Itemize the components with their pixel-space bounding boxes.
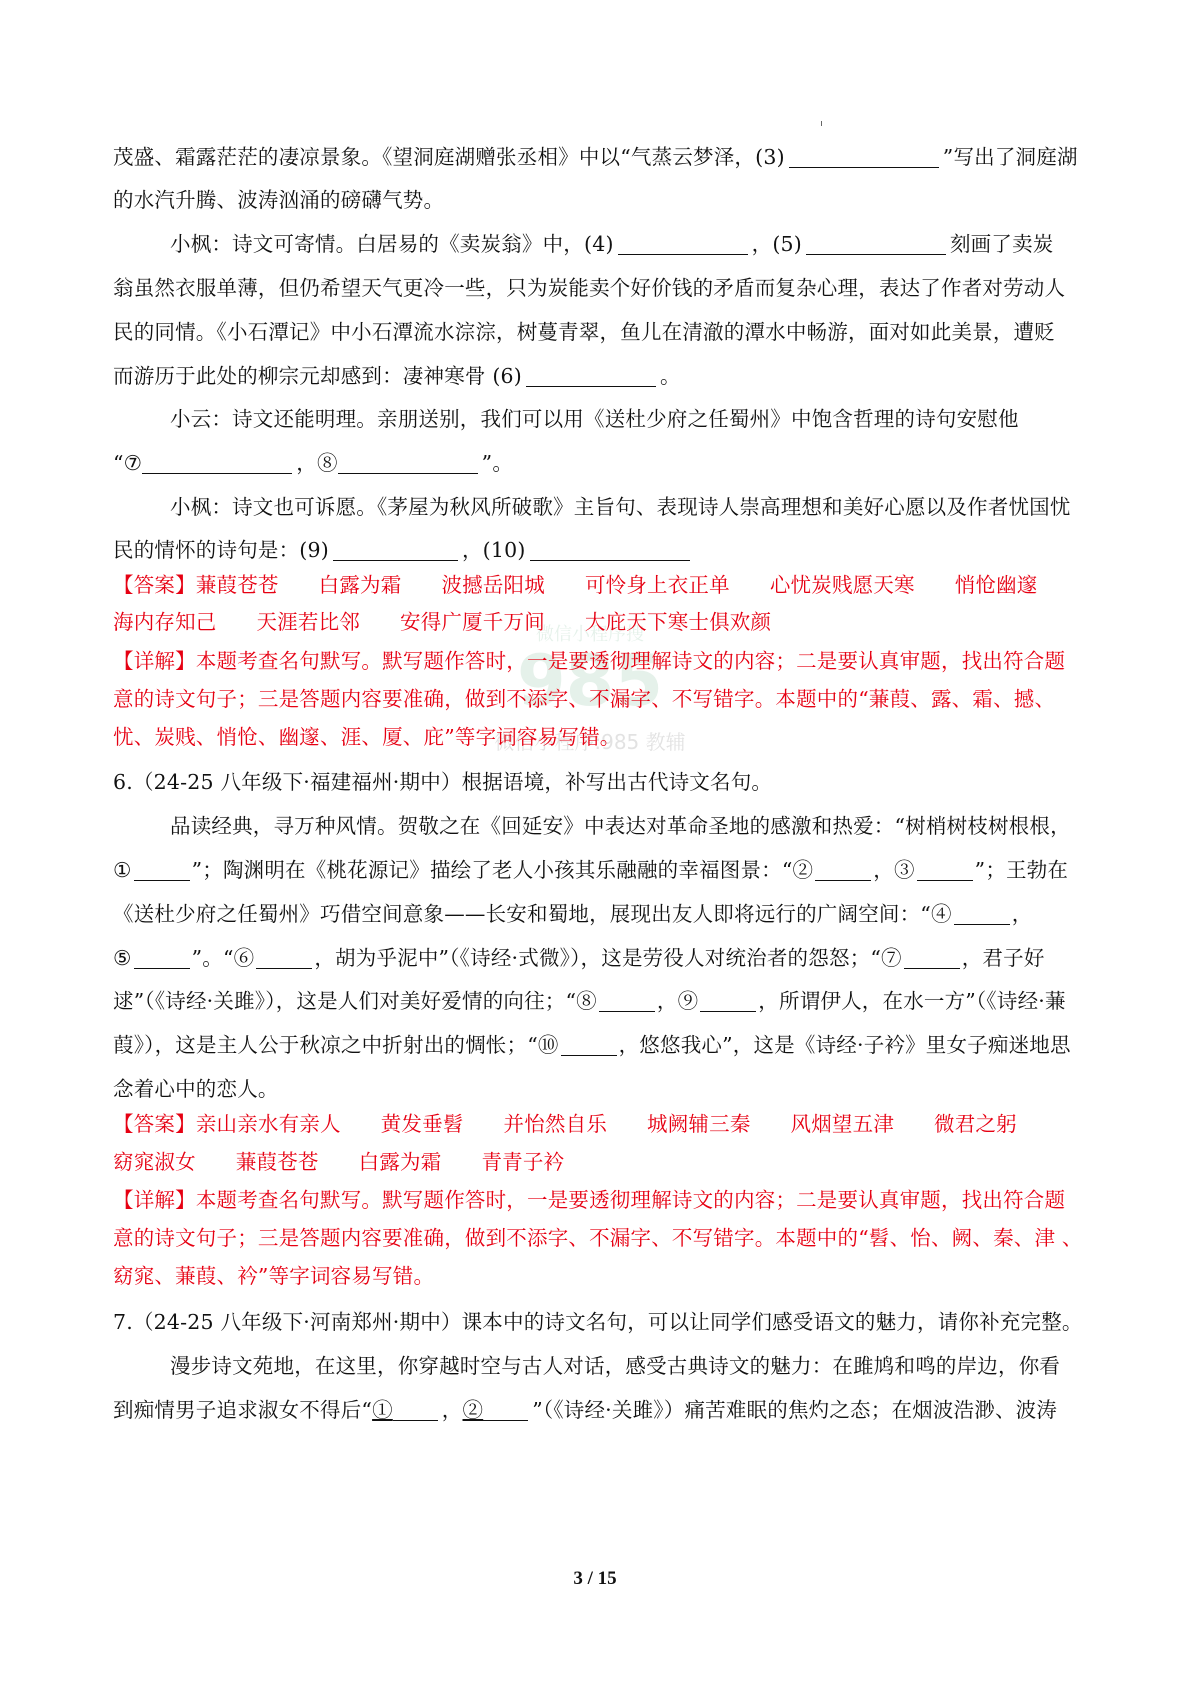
answer-item: 白露为霜	[319, 571, 402, 599]
q5-line-6: 而游历于此处的柳宗元却感到：凄神寒骨 (6)。	[113, 362, 1073, 390]
text: 小枫：诗文可寄情。白居易的《卖炭翁》中，(4)	[170, 232, 614, 256]
blank-8[interactable]	[338, 451, 478, 474]
answer-item: 心忧炭贱愿天寒	[770, 571, 915, 599]
text: 《送杜少府之任蜀州》巧借空间意象——长安和蜀地，展现出友人即将远行的广阔空间：“…	[113, 902, 952, 926]
answer-item: 亲山亲水有亲人	[196, 1110, 341, 1138]
q6-line-2: ①”；陶渊明在《桃花源记》描绘了老人小孩其乐融融的幸福图景：“②，③”；王勃在	[113, 856, 1073, 884]
text: 葭》），这是主人公于秋凉之中折射出的惆怅；“⑩	[113, 1033, 559, 1057]
blank-3[interactable]	[789, 145, 939, 168]
q5-line-3: 小枫：诗文可寄情。白居易的《卖炭翁》中，(4)，(5)刻画了卖炭	[170, 230, 1130, 258]
blank-5[interactable]	[806, 232, 946, 255]
q6-line-4: ⑤”。“⑥，胡为乎泥中”（《诗经·式微》），这是劳役人对统治者的怨怒；“⑦，君子…	[113, 944, 1073, 972]
answer-item: 青青子衿	[481, 1148, 564, 1176]
q6-title: 6.（24-25 八年级下·福建福州·期中）根据语境，补写出古代诗文名句。	[113, 768, 1073, 796]
answer-item: 悄怆幽邃	[955, 571, 1038, 599]
answer-item: 可怜身上衣正单	[585, 571, 730, 599]
detail-label: 【详解】	[113, 649, 196, 673]
text: ”写出了洞庭湖	[943, 145, 1078, 169]
answer-item: 窈窕淑女	[113, 1148, 196, 1176]
text: ，	[442, 1398, 463, 1422]
blank-6[interactable]	[526, 364, 656, 387]
q7-line-1: 漫步诗文苑地，在这里，你穿越时空与古人对话，感受古典诗文的魅力：在雎鸠和鸣的岸边…	[170, 1352, 1130, 1380]
text: 本题考查名句默写。默写题作答时，一是要透彻理解诗文的内容；二是要认真审题，找出符…	[196, 649, 1065, 673]
answer-item: 蒹葭苍苍	[236, 1148, 319, 1176]
blank-4[interactable]	[954, 902, 1010, 925]
q6-line-6: 葭》），这是主人公于秋凉之中折射出的惆怅；“⑩，悠悠我心”，这是《诗经·子衿》里…	[113, 1031, 1073, 1059]
page-number: 3 / 15	[0, 1568, 1190, 1590]
document-page: 微信小程序搜 985 微信小程序:985 教辅 茂盛、霜露茫茫的凄凉景象。《望洞…	[0, 0, 1190, 1683]
text: ”。“⑥	[192, 946, 255, 970]
blank-10[interactable]	[561, 1033, 617, 1056]
answer-item: 蒹葭苍苍	[196, 571, 279, 599]
q5-detail-1: 【详解】本题考查名句默写。默写题作答时，一是要透彻理解诗文的内容；二是要认真审题…	[113, 647, 1073, 675]
text: 民的情怀的诗句是：(9)	[113, 538, 329, 562]
answer-item: 风烟望五津	[791, 1110, 895, 1138]
answer-item: 安得广厦千万间	[400, 608, 545, 636]
q5-line-5: 民的同情。《小石潭记》中小石潭流水淙淙，树蔓青翠，鱼儿在清澈的潭水中畅游，面对如…	[113, 318, 1073, 346]
answer-item: 并怡然自乐	[504, 1110, 608, 1138]
q6-line-7: 念着心中的恋人。	[113, 1075, 1073, 1103]
text: ⑤	[113, 946, 132, 970]
q5-line-1: 茂盛、霜露茫茫的凄凉景象。《望洞庭湖赠张丞相》中以“气蒸云梦泽，(3)”写出了洞…	[113, 143, 1073, 171]
text: 而游历于此处的柳宗元却感到：凄神寒骨 (6)	[113, 364, 522, 388]
detail-label: 【详解】	[113, 1188, 196, 1212]
q6-answer-row-2: 窈窕淑女蒹葭苍苍白露为霜青青子衿	[113, 1148, 1073, 1176]
text: “⑦	[113, 451, 142, 475]
answer-item: 微君之躬	[934, 1110, 1017, 1138]
blank-4[interactable]	[618, 232, 748, 255]
text: ”（《诗经·关雎》）痛苦难眠的焦灼之态；在烟波浩渺、波涛	[532, 1398, 1057, 1422]
q7-line-2: 到痴情男子追求淑女不得后“①，②”（《诗经·关雎》）痛苦难眠的焦灼之态；在烟波浩…	[113, 1396, 1073, 1424]
page-mark	[821, 121, 822, 126]
q6-detail-1: 【详解】本题考查名句默写。默写题作答时，一是要透彻理解诗文的内容；二是要认真审题…	[113, 1186, 1073, 1214]
q5-answer-row-2: 海内存知己天涯若比邻安得广厦千万间大庇天下寒士俱欢颜	[113, 608, 1073, 636]
blank-6[interactable]	[256, 946, 312, 969]
q7-title: 7.（24-25 八年级下·河南郑州·期中）课本中的诗文名句，可以让同学们感受语…	[113, 1308, 1073, 1336]
q6-line-5: 逑”（《诗经·关雎》），这是人们对美好爱情的向往；“⑧，⑨，所谓伊人，在水一方”…	[113, 987, 1073, 1015]
blank-2[interactable]	[815, 858, 871, 881]
q5-line-4: 翁虽然衣服单薄，但仍希望天气更冷一些，只为炭能卖个好价钱的矛盾而复杂心理，表达了…	[113, 274, 1073, 302]
blank-7[interactable]	[142, 451, 292, 474]
q6-answer-row-1: 【答案】亲山亲水有亲人黄发垂髫并怡然自乐城阙辅三秦风烟望五津微君之躬	[113, 1110, 1073, 1138]
marker-2: ②	[463, 1398, 484, 1422]
q6-detail-3: 窈窕、蒹葭、衿”等字词容易写错。	[113, 1262, 1073, 1290]
q5-line-2: 的水汽升腾、波涛汹涌的磅礴气势。	[113, 186, 1073, 214]
q6-detail-2: 意的诗文句子；三是答题内容要准确，做到不添字、不漏字、不写错字。本题中的“髫、怡…	[113, 1224, 1073, 1252]
q6-line-3: 《送杜少府之任蜀州》巧借空间意象——长安和蜀地，展现出友人即将远行的广阔空间：“…	[113, 900, 1073, 928]
answer-item: 海内存知己	[113, 608, 217, 636]
answer-item: 波撼岳阳城	[441, 571, 545, 599]
blank-2[interactable]	[483, 1398, 528, 1421]
blank-5[interactable]	[134, 946, 190, 969]
q5-line-10: 民的情怀的诗句是：(9)，(10)	[113, 536, 1073, 564]
text: ，⑨	[657, 989, 698, 1013]
text: 刻画了卖炭	[950, 232, 1054, 256]
answer-label: 【答案】	[113, 573, 196, 597]
text: ，所谓伊人，在水一方”（《诗经·蒹	[758, 989, 1065, 1013]
blank-1[interactable]	[134, 858, 190, 881]
blank-8[interactable]	[599, 989, 655, 1012]
text: ”。	[482, 451, 513, 475]
q6-line-1: 品读经典，寻万种风情。贺敬之在《回延安》中表达对革命圣地的感激和热爱：“树梢树枝…	[170, 812, 1130, 840]
blank-7[interactable]	[904, 946, 960, 969]
q5-line-7: 小云：诗文还能明理。亲朋送别，我们可以用《送杜少府之任蜀州》中饱含哲理的诗句安慰…	[170, 405, 1130, 433]
text: ，君子好	[962, 946, 1045, 970]
q5-answer-row-1: 【答案】蒹葭苍苍白露为霜波撼岳阳城可怜身上衣正单心忧炭贱愿天寒悄怆幽邃	[113, 571, 1073, 599]
q5-line-9: 小枫：诗文也可诉愿。《茅屋为秋风所破歌》主旨句、表现诗人崇高理想和美好心愿以及作…	[170, 493, 1130, 521]
text: ，(5)	[752, 232, 802, 256]
q5-detail-3: 忧、炭贱、悄怆、幽邃、涯、厦、庇”等字词容易写错。	[113, 723, 1073, 751]
text: 本题考查名句默写。默写题作答时，一是要透彻理解诗文的内容；二是要认真审题，找出符…	[196, 1188, 1065, 1212]
answer-item: 城阙辅三秦	[647, 1110, 751, 1138]
answer-item: 白露为霜	[359, 1148, 442, 1176]
blank-9[interactable]	[333, 538, 458, 561]
answer-item: 黄发垂髫	[381, 1110, 464, 1138]
text: ”；王勃在	[975, 858, 1068, 882]
answer-item: 大庇天下寒士俱欢颜	[585, 608, 771, 636]
text: 茂盛、霜露茫茫的凄凉景象。《望洞庭湖赠张丞相》中以“气蒸云梦泽，(3)	[113, 145, 785, 169]
marker-1: ①	[372, 1398, 393, 1422]
text: 逑”（《诗经·关雎》），这是人们对美好爱情的向往；“⑧	[113, 989, 597, 1013]
text: ，胡为乎泥中”（《诗经·式微》），这是劳役人对统治者的怨怒；“⑦	[314, 946, 901, 970]
text: ，③	[873, 858, 914, 882]
blank-3[interactable]	[917, 858, 973, 881]
blank-1[interactable]	[393, 1398, 438, 1421]
text: ①	[113, 858, 132, 882]
text: ”；陶渊明在《桃花源记》描绘了老人小孩其乐融融的幸福图景：“②	[192, 858, 814, 882]
text: 。	[660, 364, 681, 388]
answer-label: 【答案】	[113, 1112, 196, 1136]
blank-10[interactable]	[530, 538, 690, 561]
text: ，	[1012, 902, 1033, 926]
q5-detail-2: 意的诗文句子；三是答题内容要准确，做到不添字、不漏字、不写错字。本题中的“蒹葭、…	[113, 685, 1073, 713]
text: ，(10)	[462, 538, 526, 562]
text: ，悠悠我心”，这是《诗经·子衿》里女子痴迷地思	[619, 1033, 1071, 1057]
text: ，⑧	[296, 451, 337, 475]
blank-9[interactable]	[700, 989, 756, 1012]
answer-item: 天涯若比邻	[257, 608, 361, 636]
text: 到痴情男子追求淑女不得后“	[113, 1398, 372, 1422]
q5-line-8: “⑦，⑧”。	[113, 449, 1073, 477]
